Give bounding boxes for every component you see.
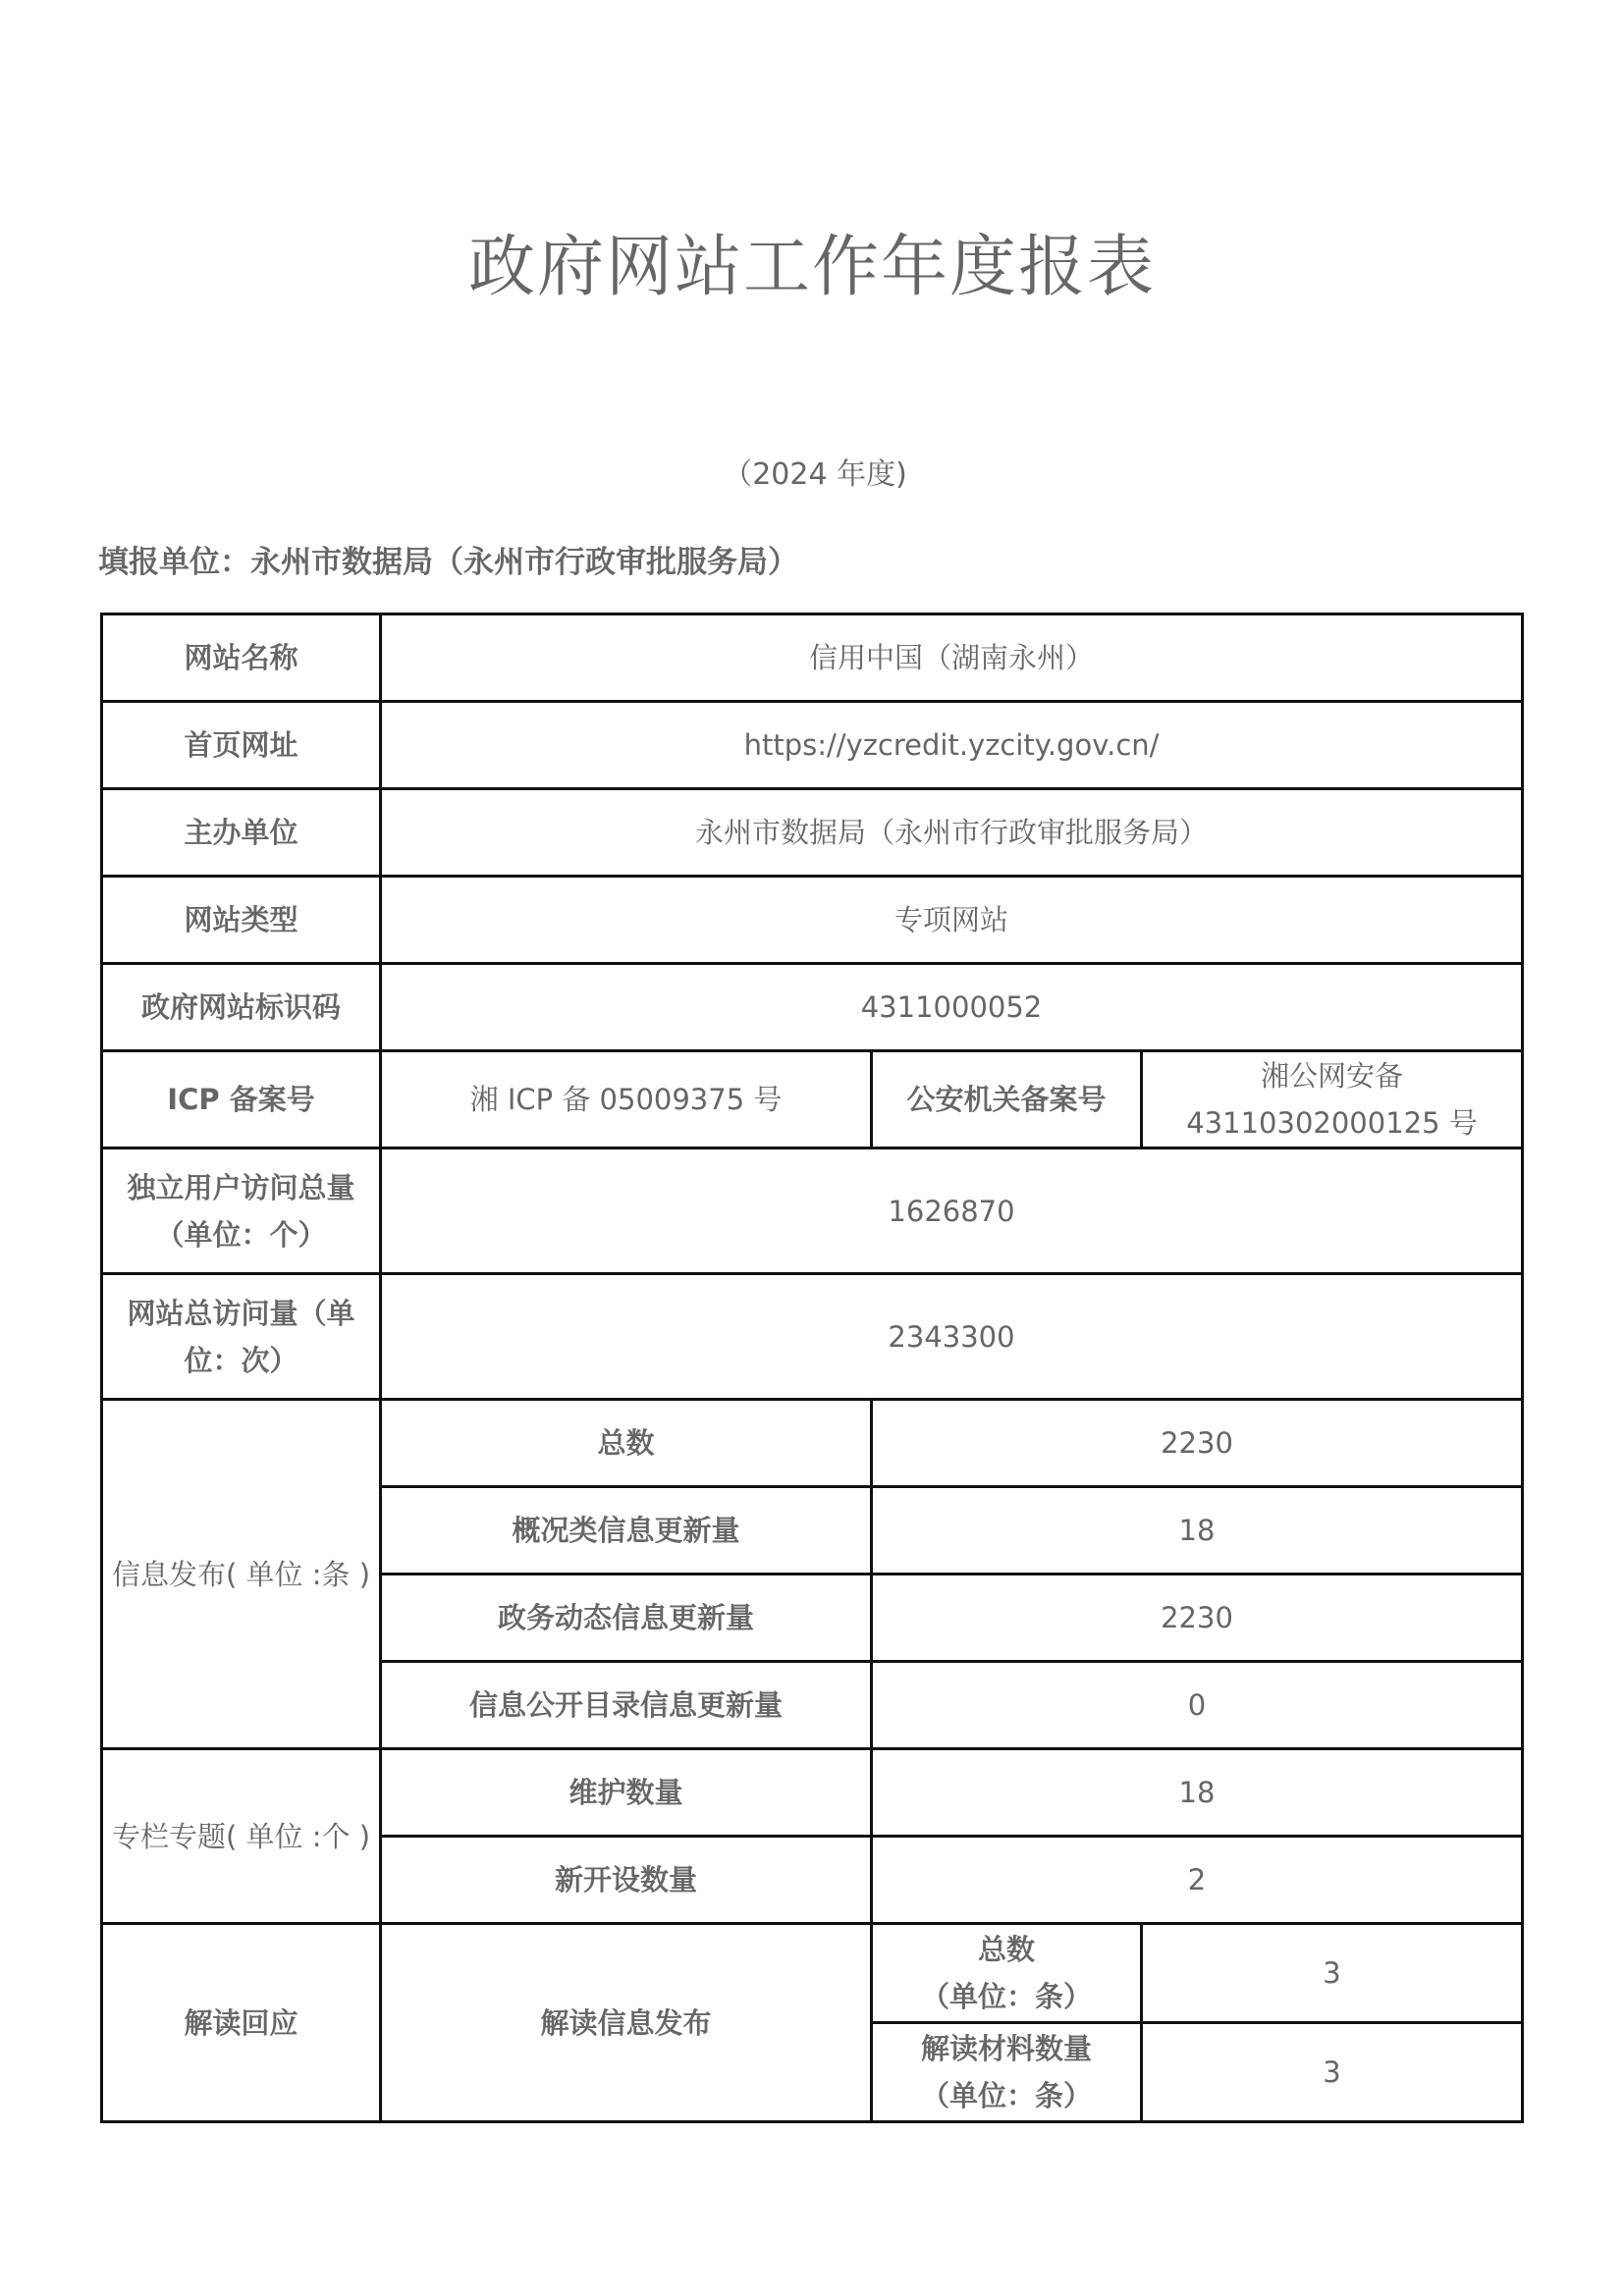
interpretation-total-label-line2: （单位：条） xyxy=(879,1973,1134,2020)
columns-group-label: 专栏专题( 单位 :个 ) xyxy=(102,1749,381,1924)
info-total-label: 总数 xyxy=(381,1400,872,1487)
unique-visitors-label-line2: （单位：个） xyxy=(109,1211,373,1258)
site-name-label: 网站名称 xyxy=(102,614,381,702)
site-name-value: 信用中国（湖南永州） xyxy=(381,614,1523,702)
info-catalog-label: 信息公开目录信息更新量 xyxy=(381,1662,872,1749)
table-row-site-name: 网站名称 信用中国（湖南永州） xyxy=(102,614,1523,702)
table-row-homepage-url: 首页网址 https://yzcredit.yzcity.gov.cn/ xyxy=(102,702,1523,789)
sponsor-label: 主办单位 xyxy=(102,789,381,877)
interpretation-materials-label: 解读材料数量 （单位：条） xyxy=(872,2023,1142,2122)
sponsor-value: 永州市数据局（永州市行政审批服务局） xyxy=(381,789,1523,877)
police-record-value-line1: 湘公网安备 xyxy=(1149,1052,1515,1099)
icp-label: ICP 备案号 xyxy=(102,1051,381,1148)
interpretation-total-value: 3 xyxy=(1142,1924,1523,2023)
unique-visitors-value: 1626870 xyxy=(381,1148,1523,1274)
report-year: （2024 年度) xyxy=(0,454,1624,497)
interpretation-materials-value: 3 xyxy=(1142,2023,1523,2122)
info-overview-value: 18 xyxy=(872,1487,1523,1575)
columns-new-label: 新开设数量 xyxy=(381,1837,872,1924)
table-row-site-type: 网站类型 专项网站 xyxy=(102,877,1523,964)
filler-unit: 填报单位：永州市数据局（永州市行政审批服务局） xyxy=(98,540,798,585)
table-row-unique-visitors: 独立用户访问总量 （单位：个） 1626870 xyxy=(102,1148,1523,1274)
site-id-code-value: 4311000052 xyxy=(381,964,1523,1051)
unique-visitors-label-line1: 独立用户访问总量 xyxy=(109,1164,373,1211)
total-visits-value: 2343300 xyxy=(381,1274,1523,1400)
police-record-value-line2: 43110302000125 号 xyxy=(1149,1099,1515,1147)
interpretation-sub-label: 解读信息发布 xyxy=(381,1924,872,2122)
table-row-info-total: 信息发布( 单位 :条 ) 总数 2230 xyxy=(102,1400,1523,1487)
icp-value: 湘 ICP 备 05009375 号 xyxy=(381,1051,872,1148)
info-overview-label: 概况类信息更新量 xyxy=(381,1487,872,1575)
info-catalog-value: 0 xyxy=(872,1662,1523,1749)
homepage-url-value: https://yzcredit.yzcity.gov.cn/ xyxy=(381,702,1523,789)
interpretation-total-label: 总数 （单位：条） xyxy=(872,1924,1142,2023)
interpretation-group-label: 解读回应 xyxy=(102,1924,381,2122)
site-type-label: 网站类型 xyxy=(102,877,381,964)
info-publish-group-label: 信息发布( 单位 :条 ) xyxy=(102,1400,381,1749)
police-record-label: 公安机关备案号 xyxy=(872,1051,1142,1148)
table-row-site-id-code: 政府网站标识码 4311000052 xyxy=(102,964,1523,1051)
table-row-interpretation-total: 解读回应 解读信息发布 总数 （单位：条） 3 xyxy=(102,1924,1523,2023)
info-total-value: 2230 xyxy=(872,1400,1523,1487)
site-id-code-label: 政府网站标识码 xyxy=(102,964,381,1051)
interpretation-materials-label-line2: （单位：条） xyxy=(879,2072,1134,2119)
table-row-total-visits: 网站总访问量（单 位：次） 2343300 xyxy=(102,1274,1523,1400)
table-row-columns-maintained: 专栏专题( 单位 :个 ) 维护数量 18 xyxy=(102,1749,1523,1837)
columns-new-value: 2 xyxy=(872,1837,1523,1924)
unique-visitors-label: 独立用户访问总量 （单位：个） xyxy=(102,1148,381,1274)
info-gov-news-value: 2230 xyxy=(872,1575,1523,1662)
table-row-icp: ICP 备案号 湘 ICP 备 05009375 号 公安机关备案号 湘公网安备… xyxy=(102,1051,1523,1148)
page-title: 政府网站工作年度报表 xyxy=(0,224,1624,312)
interpretation-materials-label-line1: 解读材料数量 xyxy=(879,2025,1134,2072)
columns-maintained-label: 维护数量 xyxy=(381,1749,872,1837)
police-record-value: 湘公网安备 43110302000125 号 xyxy=(1142,1051,1523,1148)
total-visits-label-line2: 位：次） xyxy=(109,1337,373,1384)
interpretation-total-label-line1: 总数 xyxy=(879,1926,1134,1973)
table-row-sponsor: 主办单位 永州市数据局（永州市行政审批服务局） xyxy=(102,789,1523,877)
site-type-value: 专项网站 xyxy=(381,877,1523,964)
report-table: 网站名称 信用中国（湖南永州） 首页网址 https://yzcredit.yz… xyxy=(100,613,1524,2123)
homepage-url-label: 首页网址 xyxy=(102,702,381,789)
total-visits-label: 网站总访问量（单 位：次） xyxy=(102,1274,381,1400)
total-visits-label-line1: 网站总访问量（单 xyxy=(109,1290,373,1337)
info-gov-news-label: 政务动态信息更新量 xyxy=(381,1575,872,1662)
columns-maintained-value: 18 xyxy=(872,1749,1523,1837)
